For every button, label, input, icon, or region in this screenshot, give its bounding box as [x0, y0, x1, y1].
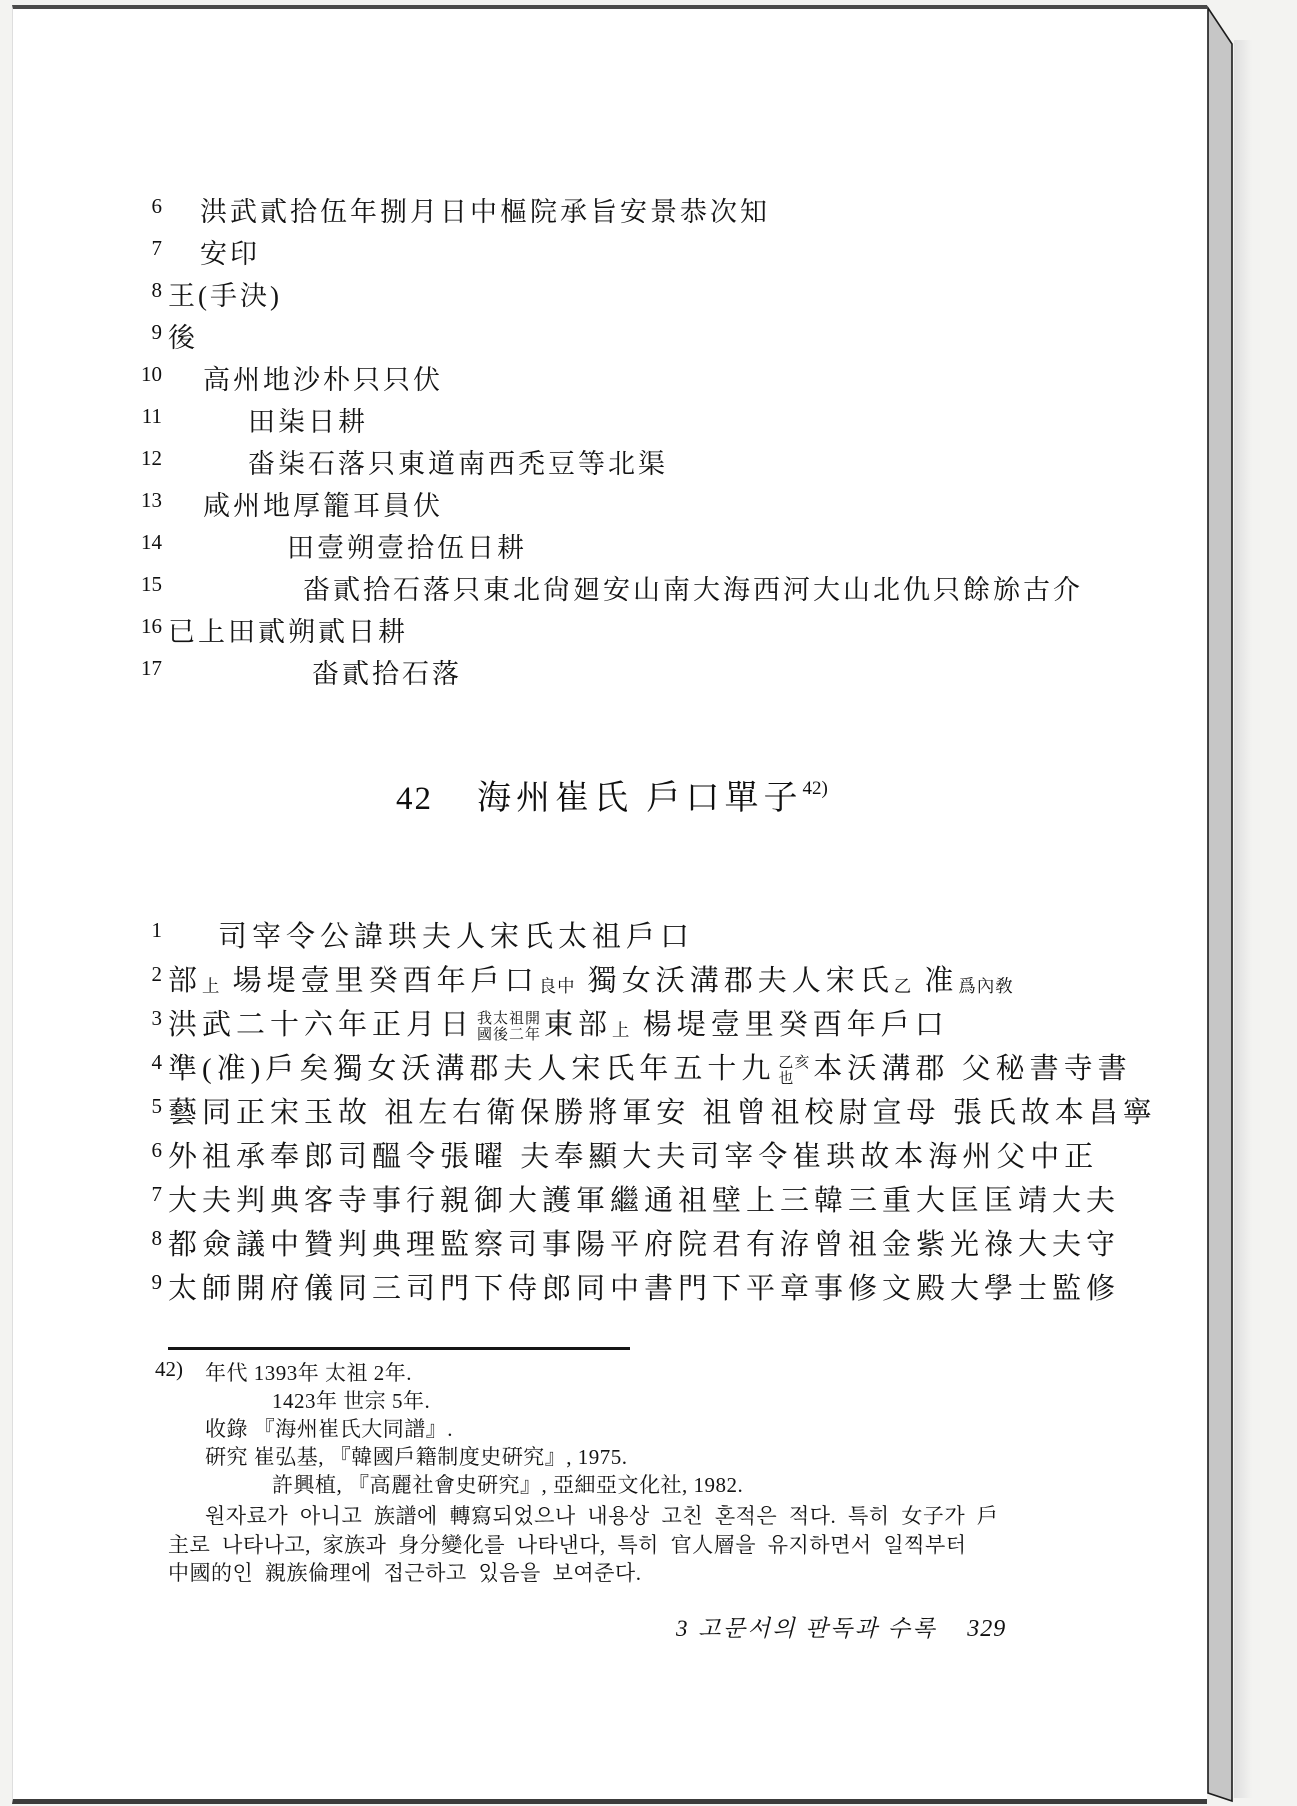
- doc-line: 2部上 場堤壹里癸酉年戶口良中 獨女沃溝郡夫人宋氏乙 准爲內敎: [0, 958, 1180, 994]
- line-number: 16: [126, 614, 162, 639]
- line-number: 15: [126, 572, 162, 597]
- doc-line: 14田壹朔壹拾伍日耕: [0, 526, 1180, 562]
- doc-line: 6洪武貳拾伍年捌月日中樞院承旨安景恭次知: [0, 190, 1180, 226]
- line-number: 5: [126, 1094, 162, 1119]
- idu-small-char: 上: [202, 976, 220, 996]
- line-number: 9: [126, 320, 162, 345]
- idu-small-char: 上: [612, 1020, 630, 1040]
- doc-line: 7安印: [0, 232, 1180, 268]
- doc-line: 7大夫判典客寺事行親御大護軍繼通祖壁上三韓三重大匡匡靖大夫: [0, 1178, 1180, 1214]
- line-text: 畓柒石落只東道南西禿豆等北渠: [248, 442, 668, 481]
- line-text: 安印: [200, 232, 260, 271]
- page-number: 329: [967, 1616, 1006, 1642]
- footnote-commentary-line: 원자료가 아니고 族譜에 轉寫되었으나 내용상 고친 혼적은 적다. 특히 女子…: [205, 1500, 998, 1530]
- line-number: 13: [126, 488, 162, 513]
- line-text: 司宰令公諱珙夫人宋氏太祖戶口: [218, 914, 694, 955]
- footnote-reference-line: 許興植, 『高麗社會史硏究』, 亞細亞文化社, 1982.: [272, 1469, 743, 1499]
- line-text: 田壹朔壹拾伍日耕: [287, 526, 527, 565]
- doc-line: 5藝同正宋玉故 祖左右衛保勝將軍安 祖曾祖校尉宣母 張氏故本昌寧: [0, 1090, 1180, 1126]
- line-text: 大夫判典客寺事行親御大護軍繼通祖壁上三韓三重大匡匡靖大夫: [168, 1178, 1120, 1219]
- interlinear-note: 乙亥也: [778, 1055, 810, 1087]
- line-text: 洪武二十六年正月日我太祖開國後二年東部上 楊堤壹里癸酉年戶口: [168, 1002, 949, 1043]
- line-text: 藝同正宋玉故 祖左右衛保勝將軍安 祖曾祖校尉宣母 張氏故本昌寧: [168, 1090, 1157, 1131]
- doc-line: 1司宰令公諱珙夫人宋氏太祖戶口: [0, 914, 1180, 950]
- footnote-label: 42): [155, 1357, 183, 1382]
- line-number: 8: [126, 1226, 162, 1251]
- line-text: 畓貳拾石落: [312, 652, 462, 691]
- line-number: 6: [126, 1138, 162, 1163]
- chapter-title: 3 고문서의 판독과 수록: [676, 1616, 937, 1641]
- line-number: 12: [126, 446, 162, 471]
- footnote-commentary-line: 主로 나타나고, 家族과 身分變化를 나타낸다, 특히 官人層을 유지하면서 일…: [168, 1529, 967, 1559]
- scanned-book-page: 6洪武貳拾伍年捌月日中樞院承旨安景恭次知7安印8王(手決)9後10高州地沙朴只只…: [0, 0, 1297, 1806]
- line-text: 王(手決): [168, 274, 282, 313]
- line-number: 9: [126, 1270, 162, 1295]
- footnote-reference-line: 硏究 崔弘基, 『韓國戶籍制度史硏究』, 1975.: [205, 1441, 628, 1471]
- line-number: 2: [126, 962, 162, 987]
- doc-line: 15畓貳拾石落只東北尙廻安山南大海西河大山北仇只餘旀古介: [0, 568, 1180, 604]
- doc-line: 3洪武二十六年正月日我太祖開國後二年東部上 楊堤壹里癸酉年戶口: [0, 1002, 1180, 1038]
- footnote-reference: 42): [803, 778, 828, 799]
- footnote-divider: [168, 1347, 630, 1350]
- line-text: 準(准)戶矣獨女沃溝郡夫人宋氏年五十九乙亥也本沃溝郡 父秘書寺書: [168, 1046, 1132, 1087]
- footnote-commentary-line: 中國的인 親族倫理에 접근하고 있음을 보여준다.: [168, 1557, 641, 1587]
- line-number: 14: [126, 530, 162, 555]
- footnote-reference-line: 1423年 世宗 5年.: [272, 1385, 430, 1415]
- doc-line: 10高州地沙朴只只伏: [0, 358, 1180, 394]
- line-number: 7: [126, 236, 162, 261]
- idu-small-char: 乙: [894, 976, 912, 996]
- page-edge-shadow: [1234, 40, 1252, 1798]
- idu-small-char: 良中: [539, 976, 576, 996]
- line-number: 8: [126, 278, 162, 303]
- doc-line: 11田柒日耕: [0, 400, 1180, 436]
- interlinear-note: 我太祖開國後二年: [477, 1011, 541, 1043]
- line-text: 已上田貳朔貳日耕: [168, 610, 408, 649]
- doc-line: 9後: [0, 316, 1180, 352]
- line-number: 11: [126, 404, 162, 429]
- doc-line: 13咸州地厚籠耳員伏: [0, 484, 1180, 520]
- doc-line: 12畓柒石落只東道南西禿豆等北渠: [0, 442, 1180, 478]
- doc-line: 6外祖承奉郎司醞令張曜 夫奉顯大夫司宰令崔珙故本海州父中正: [0, 1134, 1180, 1170]
- line-number: 7: [126, 1182, 162, 1207]
- doc-line: 16已上田貳朔貳日耕: [0, 610, 1180, 646]
- footnote-reference-line: 收錄 『海州崔氏大同譜』.: [205, 1413, 453, 1443]
- line-text: 田柒日耕: [248, 400, 368, 439]
- line-text: 後: [168, 316, 198, 355]
- line-text: 高州地沙朴只只伏: [203, 358, 443, 397]
- running-footer: 3 고문서의 판독과 수록329: [676, 1610, 1006, 1643]
- line-number: 3: [126, 1006, 162, 1031]
- line-number: 4: [126, 1050, 162, 1075]
- line-text: 外祖承奉郎司醞令張曜 夫奉顯大夫司宰令崔珙故本海州父中正: [168, 1134, 1098, 1175]
- section-number: 42: [396, 781, 433, 817]
- line-number: 1: [126, 918, 162, 943]
- line-text: 畓貳拾石落只東北尙廻安山南大海西河大山北仇只餘旀古介: [303, 568, 1083, 607]
- line-number: 10: [126, 362, 162, 387]
- line-text: 洪武貳拾伍年捌月日中樞院承旨安景恭次知: [200, 190, 770, 229]
- idu-small-char: 爲內敎: [958, 976, 1013, 996]
- doc-line: 4準(准)戶矣獨女沃溝郡夫人宋氏年五十九乙亥也本沃溝郡 父秘書寺書: [0, 1046, 1180, 1082]
- line-number: 17: [126, 656, 162, 681]
- line-text: 都僉議中贊判典理監察司事陽平府院君有洊曾祖金紫光祿大夫守: [168, 1222, 1120, 1263]
- doc-line: 8王(手決): [0, 274, 1180, 310]
- line-number: 6: [126, 194, 162, 219]
- section-title: 42海州崔氏 戶口單子42): [396, 770, 828, 819]
- doc-line: 8都僉議中贊判典理監察司事陽平府院君有洊曾祖金紫光祿大夫守: [0, 1222, 1180, 1258]
- line-text: 部上 場堤壹里癸酉年戶口良中 獨女沃溝郡夫人宋氏乙 准爲內敎: [168, 958, 1014, 999]
- footnote-reference-line: 年代 1393年 太祖 2年.: [205, 1357, 412, 1387]
- line-text: 咸州地厚籠耳員伏: [203, 484, 443, 523]
- section-title-text: 海州崔氏 戶口單子: [477, 780, 803, 817]
- line-text: 太師開府儀同三司門下侍郎同中書門下平章事修文殿大學士監修: [168, 1266, 1120, 1307]
- doc-line: 9太師開府儀同三司門下侍郎同中書門下平章事修文殿大學士監修: [0, 1266, 1180, 1302]
- doc-line: 17畓貳拾石落: [0, 652, 1180, 688]
